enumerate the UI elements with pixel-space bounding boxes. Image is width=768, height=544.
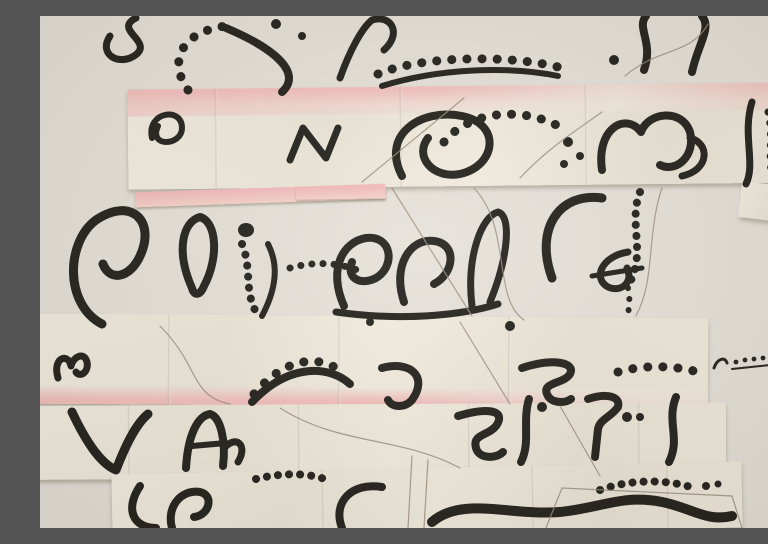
fold-crease bbox=[666, 463, 670, 528]
fold-crease bbox=[168, 315, 172, 405]
fold-crease bbox=[128, 405, 131, 479]
paper-corner-flap bbox=[738, 181, 768, 223]
fold-crease bbox=[338, 316, 342, 406]
artwork-photo: Abstract asemic ink calligraphy: thick b… bbox=[40, 16, 768, 528]
paper-strip-row3 bbox=[40, 314, 708, 409]
fold-crease bbox=[321, 470, 325, 528]
pink-wash-fade bbox=[127, 82, 768, 116]
fold-crease bbox=[584, 85, 588, 185]
pink-wash-band bbox=[127, 82, 768, 116]
artwork-caption: Abstract asemic ink calligraphy: thick b… bbox=[40, 16, 41, 17]
fold-crease bbox=[399, 87, 403, 187]
fold-crease bbox=[531, 466, 535, 528]
fold-crease bbox=[298, 404, 301, 478]
ink-strokes-top-margin bbox=[106, 16, 768, 92]
fold-crease bbox=[508, 317, 512, 407]
fold-crease bbox=[214, 89, 218, 189]
ink-strokes-midsheet bbox=[73, 188, 662, 324]
pink-edge-sliver bbox=[296, 186, 386, 200]
paper-strip-row1 bbox=[127, 82, 768, 189]
